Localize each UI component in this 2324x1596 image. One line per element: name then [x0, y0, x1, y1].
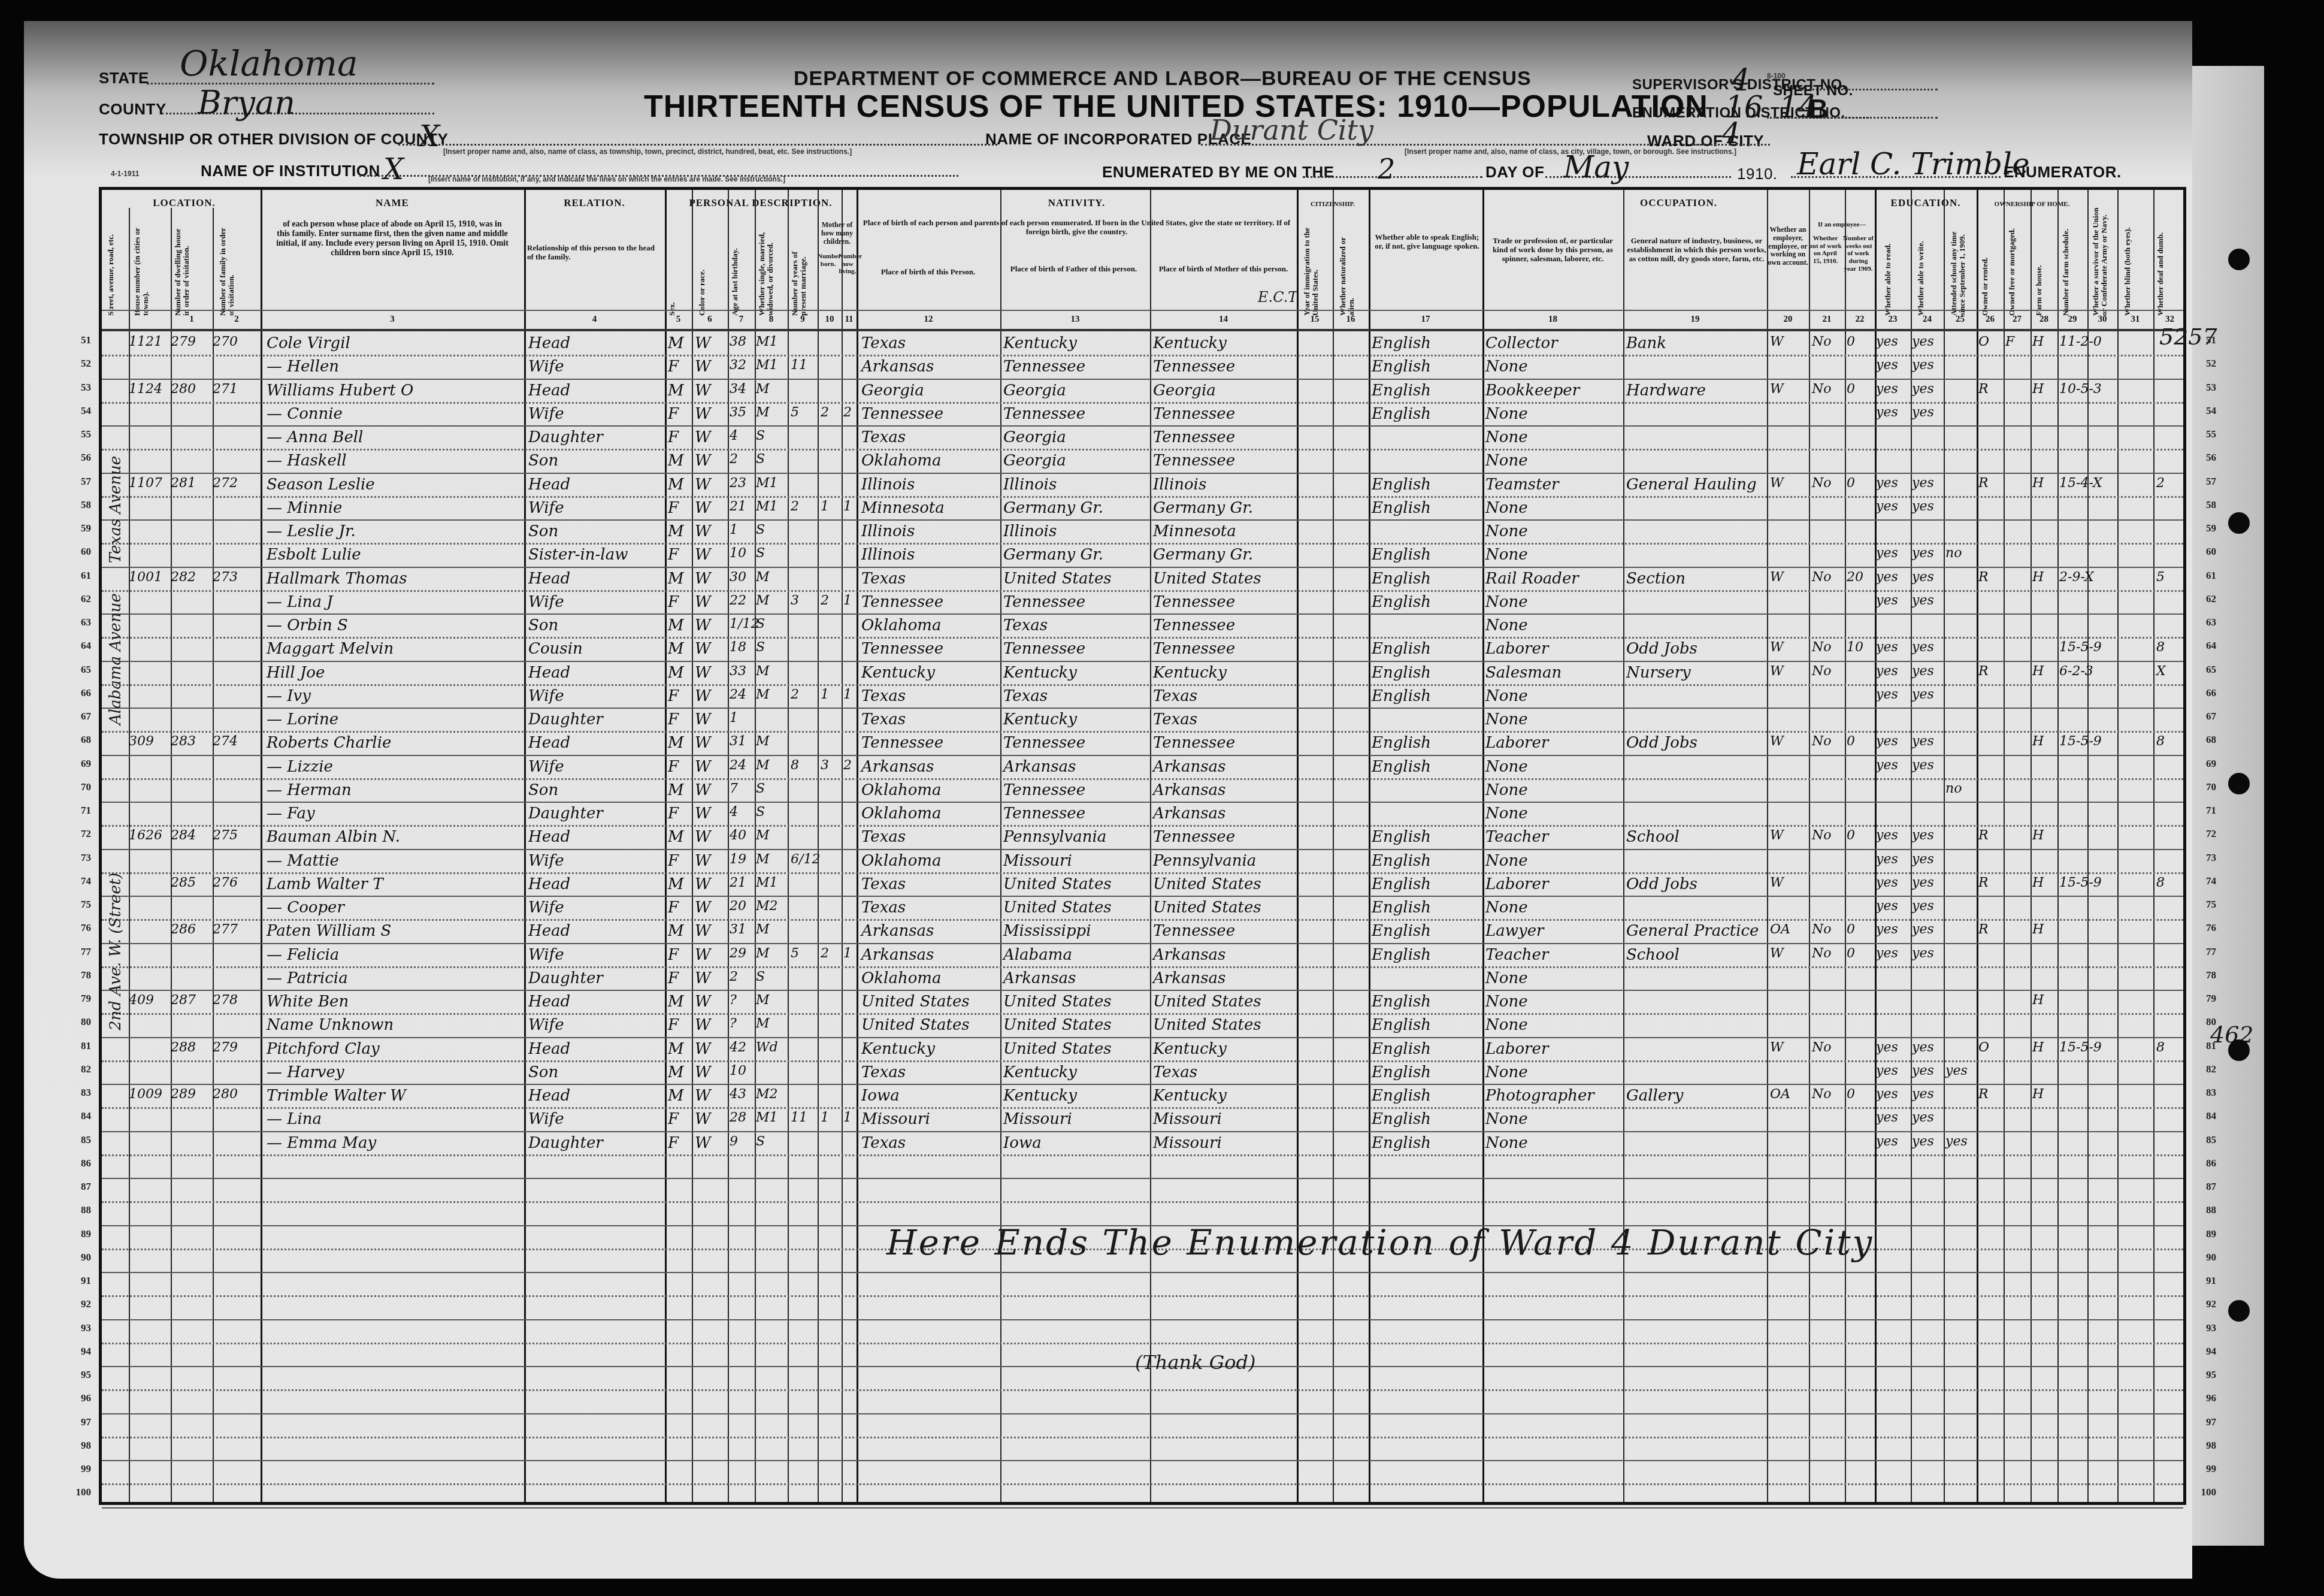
line-number-left: 75 — [67, 899, 91, 911]
line-number-right: 69 — [2192, 758, 2216, 770]
cell-pob-mother: Tennessee — [1153, 618, 1235, 633]
cell-trade: Laborer — [1485, 641, 1548, 657]
column-divider — [692, 190, 693, 1502]
cell-house: 1124 — [129, 383, 162, 396]
row-divider — [102, 825, 2183, 827]
cell-industry: General Hauling — [1626, 477, 1757, 492]
cell-age: ? — [730, 1017, 737, 1030]
cell-trade: Laborer — [1485, 735, 1548, 751]
line-number-left: 87 — [67, 1181, 91, 1193]
cell-trade: Teacher — [1485, 829, 1548, 845]
cell-pob: Tennessee — [861, 594, 943, 610]
cell-read: yes — [1876, 923, 1898, 936]
cell-industry: Bank — [1626, 335, 1666, 351]
cell-pob-father: United States — [1003, 571, 1112, 587]
row-divider — [102, 1013, 2183, 1015]
cell-pob-father: Georgia — [1003, 430, 1066, 445]
cell-out: No — [1812, 829, 1832, 842]
cell-deaf: 8 — [2156, 876, 2165, 890]
header-immigration-year: Year of immigration to the United States… — [1303, 220, 1319, 316]
column-divider — [524, 190, 526, 1502]
cell-pob-father: United States — [1003, 1041, 1112, 1057]
line-number-left: 54 — [67, 405, 91, 417]
cell-sex: M — [668, 1088, 684, 1104]
line-number-right: 82 — [2192, 1063, 2216, 1075]
cell-dwelling: 279 — [171, 335, 196, 349]
cell-years: 2 — [791, 688, 799, 702]
line-number-right: 59 — [2192, 522, 2216, 534]
cell-relation: Head — [528, 876, 570, 892]
cell-lang: English — [1372, 900, 1431, 915]
cell-pob-father: Mississippi — [1003, 923, 1091, 939]
header-out-of-work: Whether out of work on April 15, 1910. — [1809, 235, 1842, 265]
cell-name: Maggart Melvin — [267, 641, 394, 657]
row-divider — [102, 1319, 2183, 1320]
cell-pob: Arkansas — [861, 359, 934, 374]
cell-living: 1 — [843, 1111, 852, 1125]
column-number: 4 — [524, 315, 665, 325]
cell-relation: Wife — [528, 359, 564, 374]
cell-house: 1009 — [129, 1088, 162, 1101]
cell-sex: F — [668, 900, 679, 915]
cell-trade: None — [1485, 782, 1528, 798]
cell-pob-father: Kentucky — [1003, 1065, 1077, 1080]
header-age: Age at last birthday. — [731, 226, 739, 316]
cell-pob-mother: United States — [1153, 571, 1261, 587]
cell-weeks: 0 — [1847, 923, 1855, 936]
line-number-left: 63 — [67, 616, 91, 628]
cell-trade: None — [1485, 453, 1528, 468]
cell-marital: S — [756, 453, 765, 466]
cell-write: yes — [1912, 547, 1934, 560]
ward-value: 4 — [1722, 117, 1741, 150]
column-number: 9 — [788, 315, 818, 325]
cell-emp: W — [1770, 335, 1784, 349]
cell-age: 9 — [730, 1135, 738, 1148]
cell-pob-father: Tennessee — [1003, 641, 1085, 657]
cell-lang: English — [1372, 665, 1431, 681]
cell-lang: English — [1372, 500, 1431, 516]
cell-write: yes — [1912, 1135, 1934, 1148]
cell-age: 24 — [730, 688, 746, 702]
cell-pob-mother: Tennessee — [1153, 453, 1235, 468]
header-street: Street, avenue, road, etc. — [107, 226, 115, 316]
cell-pob-father: United States — [1003, 1017, 1112, 1033]
cell-sex: M — [668, 735, 684, 751]
cell-dwelling: 289 — [171, 1088, 196, 1101]
cell-emp: OA — [1770, 1088, 1790, 1101]
cell-years: 5 — [791, 406, 799, 419]
line-number-right: 99 — [2192, 1463, 2216, 1475]
county-label: COUNTY — [99, 100, 167, 119]
row-divider — [102, 731, 2183, 733]
cell-pob-father: Texas — [1003, 688, 1048, 704]
cell-pob-father: Tennessee — [1003, 594, 1085, 610]
column-number: 29 — [2057, 315, 2087, 325]
header-if-employee: If an employee— — [1809, 221, 1875, 229]
cell-lang: English — [1372, 1135, 1431, 1151]
column-divider — [1333, 190, 1334, 1502]
cell-marital: M — [756, 406, 770, 419]
line-number-left: 71 — [67, 805, 91, 817]
cell-pob-father: Germany Gr. — [1003, 500, 1103, 516]
row-divider — [102, 1413, 2183, 1414]
column-divider — [1297, 190, 1299, 1502]
cell-write: yes — [1912, 594, 1934, 607]
line-number-left: 52 — [67, 358, 91, 370]
row-divider — [102, 943, 2183, 944]
cell-sex: F — [668, 359, 679, 374]
cell-pob-father: Iowa — [1003, 1135, 1042, 1151]
cell-read: yes — [1876, 1135, 1898, 1148]
cell-marital: M — [756, 829, 770, 842]
cell-age: 24 — [730, 759, 746, 772]
column-number: 2 — [213, 315, 261, 325]
column-number: 17 — [1369, 315, 1482, 325]
cell-read: yes — [1876, 500, 1898, 513]
column-number: 14 — [1150, 315, 1297, 325]
cell-race: W — [695, 383, 711, 398]
cell-pob-mother: United States — [1153, 1017, 1261, 1033]
cell-born: 1 — [821, 688, 829, 702]
cell-pob-mother: Texas — [1153, 1065, 1197, 1080]
binder-hole — [2228, 1039, 2250, 1061]
cell-name: Trimble Walter W — [267, 1088, 406, 1104]
line-number-left: 93 — [67, 1322, 91, 1334]
cell-pob-mother: Arkansas — [1153, 806, 1225, 821]
cell-relation: Head — [528, 477, 570, 492]
row-divider — [102, 1131, 2183, 1132]
cell-read: yes — [1876, 335, 1898, 349]
cell-pob: Texas — [861, 829, 906, 845]
header-name-instruction: of each person whose place of abode on A… — [276, 220, 509, 258]
cell-write: yes — [1912, 876, 1934, 890]
column-divider — [665, 190, 667, 1502]
line-number-right: 68 — [2192, 734, 2216, 746]
cell-write: yes — [1912, 853, 1934, 866]
cell-write: yes — [1912, 759, 1934, 772]
enumerated-month: May — [1563, 150, 1629, 185]
cell-trade: None — [1485, 1135, 1528, 1151]
cell-age: 23 — [730, 477, 746, 490]
cell-read: yes — [1876, 853, 1898, 866]
row-divider — [102, 402, 2183, 404]
cell-pob-mother: Tennessee — [1153, 829, 1235, 845]
year-label: 1910. — [1737, 165, 1778, 183]
line-number-left: 86 — [67, 1157, 91, 1169]
cell-sex: M — [668, 994, 684, 1009]
cell-race: W — [695, 994, 711, 1009]
cell-name: — Ivy — [267, 688, 311, 704]
day-of-label: DAY OF — [1485, 163, 1544, 182]
header-employer: Whether an employer, employee, or workin… — [1767, 226, 1809, 267]
cell-relation: Wife — [528, 947, 564, 963]
cell-industry: School — [1626, 947, 1680, 963]
cell-emp: W — [1770, 947, 1784, 960]
line-number-right: 86 — [2192, 1157, 2216, 1169]
cell-farm: H — [2032, 383, 2044, 396]
cell-sched: 15-5-9 — [2059, 735, 2102, 748]
cell-race: W — [695, 477, 711, 492]
cell-pob-father: Missouri — [1003, 853, 1072, 869]
cell-weeks: 10 — [1847, 641, 1863, 654]
cell-relation: Daughter — [528, 712, 603, 727]
line-number-left: 91 — [67, 1275, 91, 1287]
line-number-left: 95 — [67, 1369, 91, 1381]
cell-marital: M1 — [756, 500, 778, 513]
cell-born: 2 — [821, 406, 829, 419]
cell-trade: Lawyer — [1485, 923, 1544, 939]
cell-marital: M — [756, 383, 770, 396]
column-divider — [1369, 190, 1370, 1502]
cell-born: 2 — [821, 594, 829, 607]
cell-pob: Oklahoma — [861, 806, 941, 821]
cell-name: — Harvey — [267, 1065, 344, 1080]
cell-pob-mother: Arkansas — [1153, 759, 1225, 775]
cell-weeks: 0 — [1847, 735, 1855, 748]
cell-trade: None — [1485, 971, 1528, 986]
cell-name: — Haskell — [267, 453, 347, 468]
row-divider — [102, 355, 2183, 356]
cell-trade: None — [1485, 500, 1528, 516]
cell-pob: Oklahoma — [861, 971, 941, 986]
row-divider — [102, 872, 2183, 874]
cell-relation: Head — [528, 665, 570, 681]
cell-farm: H — [2032, 1041, 2044, 1054]
cell-write: yes — [1912, 477, 1934, 490]
cell-out: No — [1812, 571, 1832, 584]
cell-pob: Tennessee — [861, 735, 943, 751]
cell-house: 1626 — [129, 829, 162, 842]
cell-race: W — [695, 829, 711, 845]
cell-pob: Illinois — [861, 524, 915, 539]
cell-read: yes — [1876, 947, 1898, 960]
cell-marital: M — [756, 994, 770, 1007]
column-number: 20 — [1767, 315, 1809, 325]
cell-race: W — [695, 524, 711, 539]
column-divider — [2031, 190, 2032, 1502]
cell-emp: W — [1770, 829, 1784, 842]
cell-race: W — [695, 759, 711, 775]
cell-owned: R — [1978, 477, 1989, 490]
cell-owned: O — [1978, 335, 1989, 349]
cell-trade: None — [1485, 688, 1528, 704]
line-number-right: 88 — [2192, 1204, 2216, 1216]
cell-owned: R — [1978, 829, 1989, 842]
row-divider — [102, 1060, 2183, 1062]
line-number-left: 98 — [67, 1440, 91, 1452]
header-owned-rented: Owned or rented. — [1981, 220, 1989, 316]
cell-house: 1107 — [129, 477, 162, 490]
cell-pob: Kentucky — [861, 665, 935, 681]
cell-pob-mother: Tennessee — [1153, 430, 1235, 445]
cell-years: 5 — [791, 947, 799, 960]
cell-race: W — [695, 1065, 711, 1080]
cell-race: W — [695, 947, 711, 963]
cell-write: yes — [1912, 735, 1934, 748]
cell-name: — Mattie — [267, 853, 339, 869]
cell-pob: Texas — [861, 1065, 906, 1080]
cell-pob-mother: Arkansas — [1153, 971, 1225, 986]
cell-sex: M — [668, 453, 684, 468]
cell-relation: Wife — [528, 853, 564, 869]
cell-read: yes — [1876, 571, 1898, 584]
cell-living: 1 — [843, 500, 852, 513]
cell-race: W — [695, 430, 711, 445]
column-divider — [728, 190, 729, 1502]
cell-write: yes — [1912, 900, 1934, 913]
cell-race: W — [695, 1111, 711, 1127]
state-label: STATE — [99, 69, 149, 87]
line-number-right: 70 — [2192, 781, 2216, 793]
row-divider — [102, 1178, 2183, 1179]
cell-race: W — [695, 1088, 711, 1104]
cell-race: W — [695, 900, 711, 915]
cell-pob-mother: Arkansas — [1153, 782, 1225, 798]
cell-industry: Section — [1626, 571, 1685, 587]
cell-sched: 6-2-3 — [2059, 665, 2093, 678]
row-divider — [102, 1460, 2183, 1461]
cell-pob: Georgia — [861, 383, 924, 398]
line-number-right: 90 — [2192, 1252, 2216, 1263]
cell-sex: F — [668, 406, 679, 422]
cell-pob-father: Illinois — [1003, 524, 1057, 539]
cell-house: 309 — [129, 735, 154, 748]
census-title: THIRTEENTH CENSUS OF THE UNITED STATES: … — [644, 89, 1708, 125]
cell-dwelling: 280 — [171, 383, 196, 396]
cell-living: 1 — [843, 947, 852, 960]
cell-trade: Teamster — [1485, 477, 1559, 492]
cell-name: — Lina J — [267, 594, 333, 610]
cell-trade: Photographer — [1485, 1088, 1594, 1104]
cell-read: yes — [1876, 900, 1898, 913]
column-divider — [2004, 190, 2005, 1502]
cell-pob: Oklahoma — [861, 453, 941, 468]
cell-out: No — [1812, 1041, 1832, 1054]
cell-trade: None — [1485, 806, 1528, 821]
cell-write: yes — [1912, 688, 1934, 702]
cell-family: 273 — [213, 571, 238, 584]
cell-trade: Laborer — [1485, 1041, 1548, 1057]
column-divider — [818, 190, 819, 1502]
cell-marital: M2 — [756, 1088, 778, 1101]
cell-out: No — [1812, 947, 1832, 960]
cell-house: 409 — [129, 994, 154, 1007]
cell-trade: None — [1485, 900, 1528, 915]
cell-marital: M1 — [756, 335, 778, 349]
column-divider — [261, 190, 262, 1502]
cell-sex: F — [668, 594, 679, 610]
header-industry: General nature of industry, business, or… — [1626, 237, 1767, 264]
cell-pob-father: Georgia — [1003, 383, 1066, 398]
cell-lang: English — [1372, 406, 1431, 422]
cell-age: 22 — [730, 594, 746, 607]
cell-lang: English — [1372, 1041, 1431, 1057]
cell-emp: W — [1770, 1041, 1784, 1054]
cell-relation: Head — [528, 571, 570, 587]
cell-name: — Leslie Jr. — [267, 524, 356, 539]
cell-emp: W — [1770, 641, 1784, 654]
cell-sched: 11-2-0 — [2059, 335, 2102, 349]
cell-sched: 2-9-X — [2059, 571, 2094, 584]
cell-family: 275 — [213, 829, 238, 842]
line-number-left: 65 — [67, 664, 91, 676]
cell-farm: H — [2032, 1088, 2044, 1101]
cell-race: W — [695, 853, 711, 869]
cell-age: 33 — [730, 665, 746, 678]
cell-pob-mother: Tennessee — [1153, 641, 1235, 657]
cell-read: yes — [1876, 1065, 1898, 1078]
cell-lang: English — [1372, 994, 1431, 1009]
cell-name: Bauman Albin N. — [267, 829, 400, 845]
cell-pob-mother: Missouri — [1153, 1111, 1222, 1127]
column-number: 16 — [1333, 315, 1369, 325]
column-number: 18 — [1482, 315, 1623, 325]
line-number-left: 83 — [67, 1087, 91, 1099]
cell-read: yes — [1876, 359, 1898, 372]
cell-pob-father: Arkansas — [1003, 759, 1076, 775]
cell-race: W — [695, 735, 711, 751]
line-number-right: 52 — [2192, 358, 2216, 370]
cell-lang: English — [1372, 1065, 1431, 1080]
cell-race: W — [695, 406, 711, 422]
cell-weeks: 0 — [1847, 829, 1855, 842]
cell-relation: Daughter — [528, 1135, 603, 1151]
column-number: 8 — [755, 315, 788, 325]
column-number: 24 — [1911, 315, 1944, 325]
cell-age: 4 — [730, 430, 738, 443]
cell-sex: M — [668, 618, 684, 633]
cell-lang: English — [1372, 359, 1431, 374]
line-number-left: 66 — [67, 687, 91, 699]
column-number: 12 — [857, 315, 1000, 325]
cell-owned: O — [1978, 1041, 1989, 1054]
line-number-left: 89 — [67, 1228, 91, 1240]
institution-label: NAME OF INSTITUTION — [201, 162, 380, 180]
cell-age: 1 — [730, 524, 738, 537]
cell-name: — Connie — [267, 406, 343, 422]
line-number-left: 64 — [67, 640, 91, 652]
cell-living: 2 — [843, 406, 852, 419]
cell-read: yes — [1876, 1041, 1898, 1054]
line-number-left: 51 — [67, 334, 91, 346]
header-blind: Whether blind (both eyes). — [2123, 199, 2132, 316]
cell-read: yes — [1876, 406, 1898, 419]
cell-lang: English — [1372, 1017, 1431, 1033]
header-dwelling-number: Number of dwelling house in order of vis… — [174, 226, 190, 316]
cell-pob-father: Kentucky — [1003, 335, 1077, 351]
cell-lang: English — [1372, 571, 1431, 587]
line-number-right: 76 — [2192, 922, 2216, 934]
column-number: 31 — [2117, 315, 2153, 325]
header-speak-english: Whether able to speak English; or, if no… — [1372, 233, 1482, 251]
column-number: 15 — [1297, 315, 1333, 325]
cell-sex: M — [668, 1065, 684, 1080]
column-number: 22 — [1845, 315, 1875, 325]
cell-pob-mother: Minnesota — [1153, 524, 1236, 539]
cell-write: yes — [1912, 406, 1934, 419]
census-table: LOCATION. NAME of each person whose plac… — [99, 187, 2186, 1505]
cell-pob: Oklahoma — [861, 618, 941, 633]
column-divider — [2153, 190, 2154, 1502]
column-number: 6 — [692, 315, 728, 325]
cell-trade: Teacher — [1485, 947, 1548, 963]
cell-marital: M2 — [756, 900, 778, 913]
cell-pob: Illinois — [861, 477, 915, 492]
cell-out: No — [1812, 923, 1832, 936]
header-children-born: Number born. — [818, 253, 839, 268]
cell-industry: Odd Jobs — [1626, 876, 1697, 892]
